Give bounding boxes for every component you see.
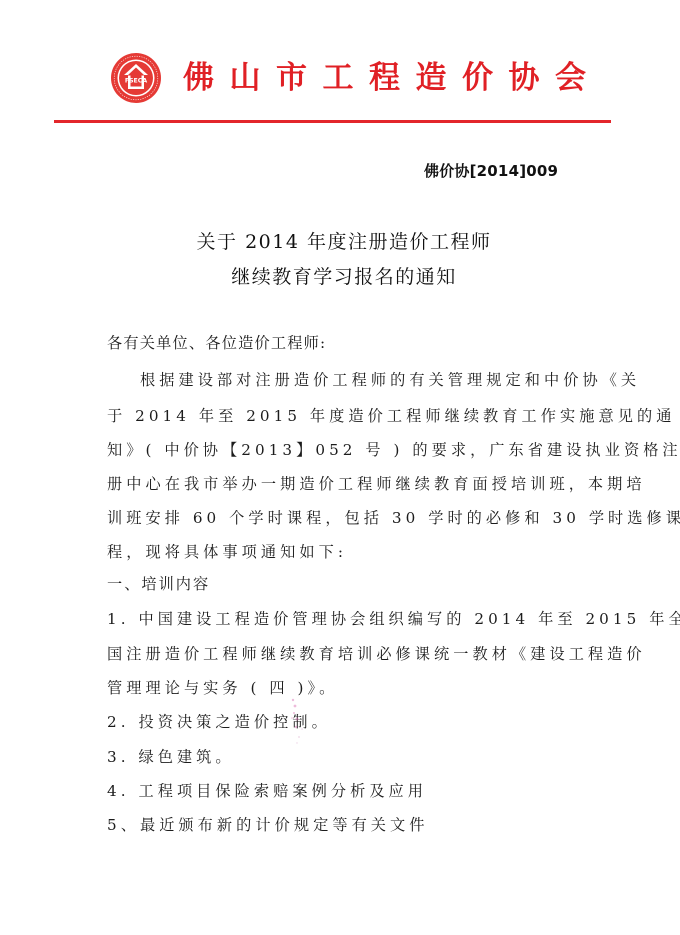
list-item-1-line: 1. 中国建设工程造价管理协会组织编写的 2014 年至 2015 年全 xyxy=(107,608,680,629)
document-title-line-1: 关于 2014 年度注册造价工程师 xyxy=(4,227,680,254)
association-logo: FSECA xyxy=(110,52,162,104)
stamp-mark-icon xyxy=(288,697,308,747)
paragraph-line: 于 2014 年至 2015 年度造价工程师继续教育工作实施意见的通 xyxy=(107,405,675,426)
paragraph-line: 训班安排 60 个学时课程，包括 30 学时的必修和 30 学时选修课 xyxy=(107,507,680,528)
paragraph-line: 册中心在我市举办一期造价工程师继续教育面授培训班，本期培 xyxy=(107,473,646,494)
salutation: 各有关单位、各位造价工程师: xyxy=(107,332,326,353)
document-number: 佛价协[2014]009 xyxy=(424,160,558,181)
list-item-1-line: 国注册造价工程师继续教育培训必修课统一教材《建设工程造价 xyxy=(107,643,646,664)
document-title-line-2: 继续教育学习报名的通知 xyxy=(4,262,680,289)
organization-name: 佛山市工程造价协会 xyxy=(183,58,602,98)
list-item-4: 4. 工程项目保险索赔案例分析及应用 xyxy=(107,780,427,801)
paragraph-line: 知》( 中价协【2013】052 号 ) 的要求，广东省建设执业资格注 xyxy=(107,439,680,460)
letterhead-divider xyxy=(54,120,611,123)
list-item-3: 3. 绿色建筑。 xyxy=(107,746,235,767)
section-heading: 一、培训内容 xyxy=(107,573,210,594)
letterhead: FSECA 佛山市工程造价协会 xyxy=(0,0,680,130)
stamp-residue xyxy=(288,697,308,747)
list-item-1-line: 管理理论与实务 ( 四 )》。 xyxy=(107,677,338,698)
paragraph-line: 程，现将具体事项通知如下: xyxy=(107,541,347,562)
list-item-5: 5、最近颁布新的计价规定等有关文件 xyxy=(107,814,429,835)
paragraph-line: 根据建设部对注册造价工程师的有关管理规定和中价协《关 xyxy=(140,369,640,390)
fseca-logo-icon: FSECA xyxy=(110,52,162,104)
svg-text:FSECA: FSECA xyxy=(125,78,147,85)
